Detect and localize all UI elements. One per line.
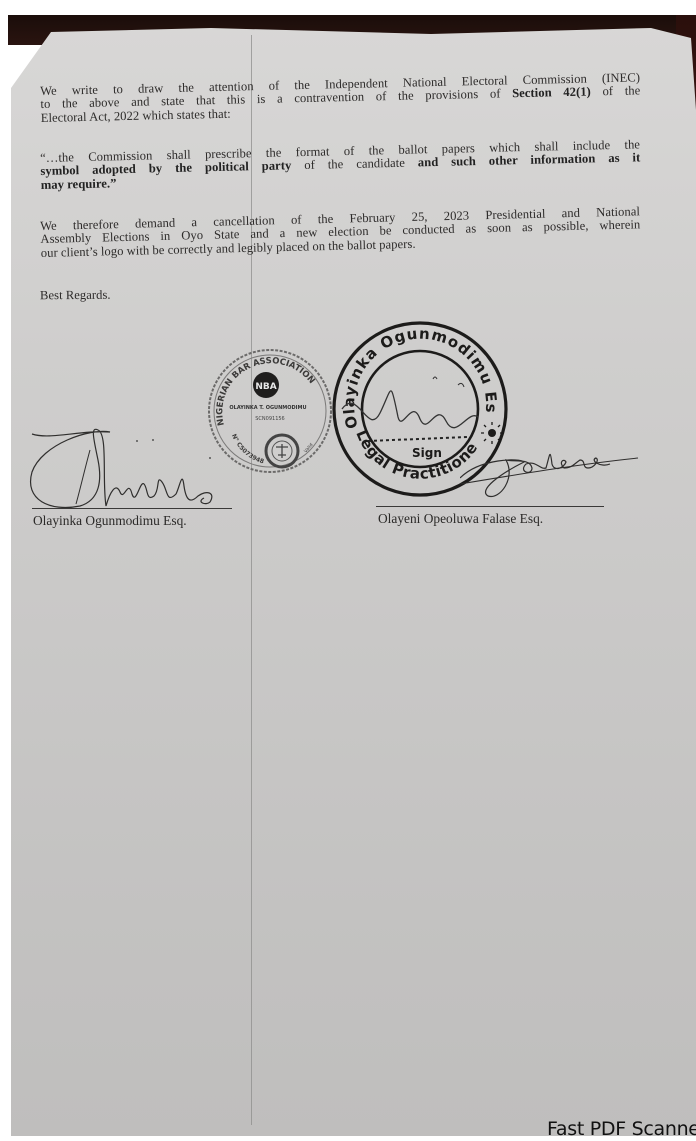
bold-text: may require.” <box>41 176 117 192</box>
nba-badge-text: NBA <box>255 382 276 392</box>
stamp-top-text: Olayinka Ogunmodimu Esq <box>328 317 500 431</box>
signatory-name-2: Olayeni Opeoluwa Falase Esq. <box>378 511 543 527</box>
signatory-name-1: Olayinka Ogunmodimu Esq. <box>33 513 187 529</box>
signature-falase <box>460 438 640 498</box>
closing-salutation: Best Regards. <box>40 289 111 303</box>
bottom-border <box>0 1136 696 1141</box>
signature-line-1 <box>32 508 232 509</box>
signature-line-2 <box>376 506 604 507</box>
text-run: of the candidate <box>291 156 418 173</box>
svg-text:Olayinka Ogunmodimu Esq: Olayinka Ogunmodimu Esq <box>328 317 500 431</box>
nba-holder-name: OLAYINKA T. OGUNMODIMU <box>229 405 306 411</box>
text-run: of the <box>591 84 641 99</box>
nba-scn-number: SCN091156 <box>255 416 285 422</box>
nba-valid-text: Valid <box>303 442 315 454</box>
signature-olayinka <box>20 420 235 520</box>
stamp-sign-label: Sign <box>412 446 442 460</box>
page-fold-crease <box>251 35 252 1125</box>
section-reference: Section 42(1) <box>512 85 591 101</box>
